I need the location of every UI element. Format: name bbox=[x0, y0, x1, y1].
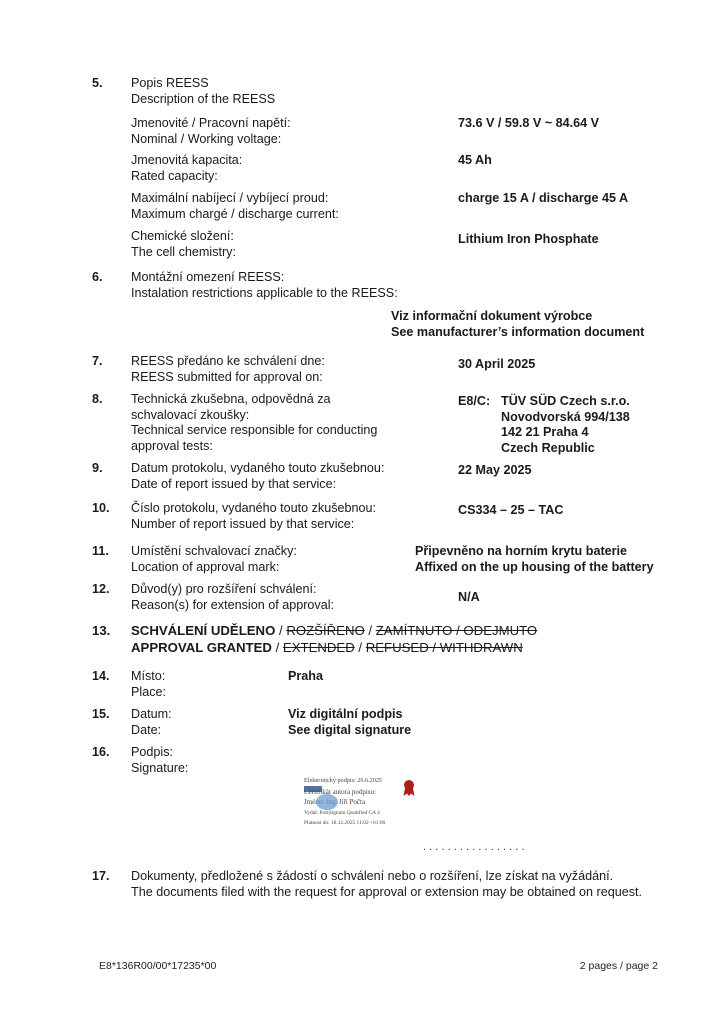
label-cz: Maximální nabíjecí / vybíjecí proud: bbox=[131, 191, 339, 207]
status-granted-en: APPROVAL GRANTED bbox=[131, 640, 272, 655]
approval-status-en: APPROVAL GRANTED / EXTENDED / REFUSED / … bbox=[131, 639, 537, 656]
value-line: Affixed on the up housing of the battery bbox=[415, 560, 654, 576]
label-cz: Místo: bbox=[131, 669, 166, 685]
label-en: Reason(s) for extension of approval: bbox=[131, 598, 334, 614]
item-value: Připevněno na horním krytu baterie Affix… bbox=[415, 544, 654, 575]
label-cz: Datum protokolu, vydaného touto zkušebno… bbox=[131, 461, 384, 477]
label-en: REESS submitted for approval on: bbox=[131, 370, 325, 386]
item-value: Praha bbox=[288, 669, 323, 685]
label-en: Place: bbox=[131, 685, 166, 701]
technical-service-address: TÜV SÜD Czech s.r.o. Novodvorská 994/138… bbox=[501, 394, 630, 456]
label-en: Rated capacity: bbox=[131, 169, 242, 185]
value-voltage: 73.6 V / 59.8 V ~ 84.64 V bbox=[458, 116, 599, 132]
item-number: 13. bbox=[92, 623, 110, 639]
value-line: See manufacturer’s information document bbox=[391, 325, 644, 341]
footer-approval-number: E8*136R00/00*17235*00 bbox=[99, 959, 216, 975]
value-line: See digital signature bbox=[288, 723, 411, 739]
item-value: Viz digitální podpis See digital signatu… bbox=[288, 707, 411, 738]
label-cz: REESS předáno ke schválení dne: bbox=[131, 354, 325, 370]
separator: / bbox=[275, 623, 286, 638]
item-number: 14. bbox=[92, 669, 110, 685]
item-label: Technická zkušebna, odpovědná za schvalo… bbox=[131, 392, 377, 454]
technical-service-code: E8/C: bbox=[458, 394, 490, 410]
signature-dotted-line: ................. bbox=[423, 840, 528, 856]
label-line: Technical service responsible for conduc… bbox=[131, 423, 377, 439]
item-label: REESS předáno ke schválení dne: REESS su… bbox=[131, 354, 325, 385]
status-refused-en: REFUSED / WITHDRAWN bbox=[366, 640, 523, 655]
label-cz: Datum: bbox=[131, 707, 172, 723]
sub-label-current: Maximální nabíjecí / vybíjecí proud: Max… bbox=[131, 191, 339, 222]
label-en: Signature: bbox=[131, 761, 188, 777]
approval-status: SCHVÁLENÍ UDĚLENO / ROZŠÍŘENO / ZAMÍTNUT… bbox=[131, 622, 537, 656]
label-en: Location of approval mark: bbox=[131, 560, 297, 576]
sub-label-capacity: Jmenovitá kapacita: Rated capacity: bbox=[131, 153, 242, 184]
item-number: 7. bbox=[92, 354, 103, 370]
label-en: Maximum chargé / discharge current: bbox=[131, 207, 339, 223]
item-number: 16. bbox=[92, 745, 110, 761]
item-label: Datum protokolu, vydaného touto zkušebno… bbox=[131, 461, 384, 492]
status-granted-cz: SCHVÁLENÍ UDĚLENO bbox=[131, 623, 275, 638]
item-label: Popis REESS Description of the REESS bbox=[131, 76, 275, 107]
approval-status-cz: SCHVÁLENÍ UDĚLENO / ROZŠÍŘENO / ZAMÍTNUT… bbox=[131, 622, 537, 639]
label-line: approval tests: bbox=[131, 439, 377, 455]
item-value: CS334 – 25 – TAC bbox=[458, 503, 563, 519]
label-cz: Montážní omezení REESS: bbox=[131, 270, 398, 286]
label-en: Description of the REESS bbox=[131, 92, 275, 108]
label-en: Date of report issued by that service: bbox=[131, 477, 384, 493]
label-cz: Jmenovitá kapacita: bbox=[131, 153, 242, 169]
value-line: Czech Republic bbox=[501, 441, 630, 457]
status-extended-cz: ROZŠÍŘENO bbox=[286, 623, 364, 638]
item-label: Dokumenty, předložené s žádostí o schvál… bbox=[131, 869, 642, 900]
item-label: Místo: Place: bbox=[131, 669, 166, 700]
signature-line: Platnost do: 18.12.2025 11:02 +01:00 bbox=[304, 818, 434, 829]
item-label: Umístění schvalovací značky: Location of… bbox=[131, 544, 297, 575]
item-number: 12. bbox=[92, 582, 110, 598]
value-line: TÜV SÜD Czech s.r.o. bbox=[501, 394, 630, 410]
item-label: Číslo protokolu, vydaného touto zkušebno… bbox=[131, 501, 376, 532]
sub-label-voltage: Jmenovité / Pracovní napětí: Nominal / W… bbox=[131, 116, 291, 147]
value-current: charge 15 A / discharge 45 A bbox=[458, 191, 628, 207]
label-cz: Číslo protokolu, vydaného touto zkušebno… bbox=[131, 501, 376, 517]
item-number: 8. bbox=[92, 392, 103, 408]
status-refused-cz: ZAMÍTNUTO / ODEJMUTO bbox=[376, 623, 537, 638]
item-number: 15. bbox=[92, 707, 110, 723]
label-cz: Umístění schvalovací značky: bbox=[131, 544, 297, 560]
label-en: Instalation restrictions applicable to t… bbox=[131, 286, 398, 302]
label-en: The documents filed with the request for… bbox=[131, 885, 642, 901]
label-line: schvalovací zkoušky: bbox=[131, 408, 377, 424]
label-cz: Dokumenty, předložené s žádostí o schvál… bbox=[131, 869, 642, 885]
value-line: Připevněno na horním krytu baterie bbox=[415, 544, 654, 560]
item-number: 11. bbox=[92, 544, 109, 560]
value-line: 142 21 Praha 4 bbox=[501, 425, 630, 441]
value-line: Viz informační dokument výrobce bbox=[391, 309, 644, 325]
item-label: Montážní omezení REESS: Instalation rest… bbox=[131, 270, 398, 301]
item-label: Datum: Date: bbox=[131, 707, 172, 738]
separator: / bbox=[355, 640, 366, 655]
label-cz: Popis REESS bbox=[131, 76, 275, 92]
signature-ink-blot bbox=[316, 794, 338, 810]
item-label: Podpis: Signature: bbox=[131, 745, 188, 776]
item-value: N/A bbox=[458, 590, 480, 606]
footer-page-count: 2 pages / page 2 bbox=[580, 959, 658, 975]
item-number: 6. bbox=[92, 270, 103, 286]
item-number: 9. bbox=[92, 461, 103, 477]
value-capacity: 45 Ah bbox=[458, 153, 492, 169]
item-number: 5. bbox=[92, 76, 103, 92]
separator: / bbox=[272, 640, 283, 655]
value-chemistry: Lithium Iron Phosphate bbox=[458, 232, 599, 248]
label-en: Date: bbox=[131, 723, 172, 739]
label-en: The cell chemistry: bbox=[131, 245, 236, 261]
item-number: 10. bbox=[92, 501, 110, 517]
value-line: Novodvorská 994/138 bbox=[501, 410, 630, 426]
label-en: Nominal / Working voltage: bbox=[131, 132, 291, 148]
label-cz: Jmenovité / Pracovní napětí: bbox=[131, 116, 291, 132]
separator: / bbox=[365, 623, 376, 638]
item-label: Důvod(y) pro rozšíření schválení: Reason… bbox=[131, 582, 334, 613]
label-line: Technická zkušebna, odpovědná za bbox=[131, 392, 377, 408]
item-value: 30 April 2025 bbox=[458, 357, 535, 373]
item-value: 22 May 2025 bbox=[458, 463, 532, 479]
value-line: Viz digitální podpis bbox=[288, 707, 411, 723]
status-extended-en: EXTENDED bbox=[283, 640, 355, 655]
label-cz: Důvod(y) pro rozšíření schválení: bbox=[131, 582, 334, 598]
label-cz: Podpis: bbox=[131, 745, 188, 761]
sub-label-chemistry: Chemické složení: The cell chemistry: bbox=[131, 229, 236, 260]
label-en: Number of report issued by that service: bbox=[131, 517, 376, 533]
label-cz: Chemické složení: bbox=[131, 229, 236, 245]
item-number: 17. bbox=[92, 869, 110, 885]
signature-ink-mark bbox=[304, 786, 322, 792]
red-seal-icon bbox=[402, 779, 416, 797]
item-value: Viz informační dokument výrobce See manu… bbox=[391, 309, 644, 340]
